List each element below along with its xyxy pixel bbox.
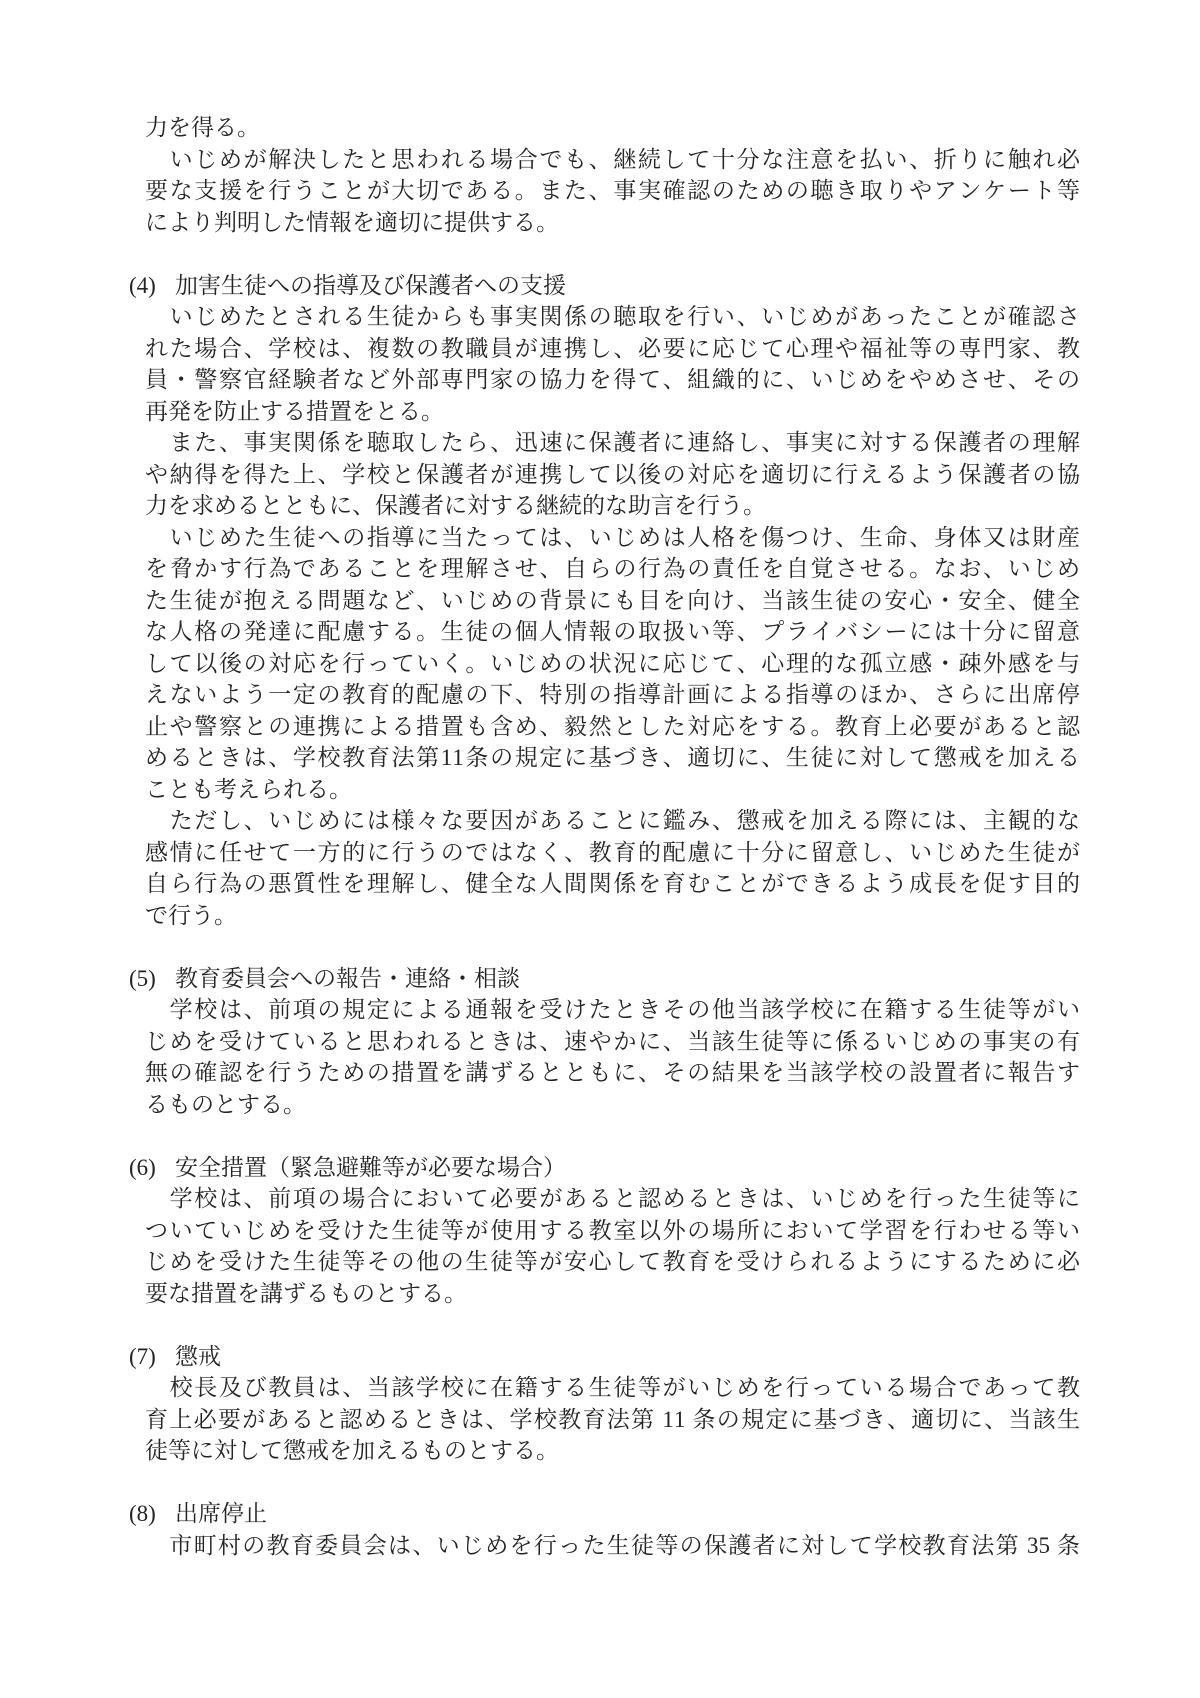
- text-line: 学校は、前項の場合において必要があると認めるときは、いじめを行った生徒等に: [127, 1183, 1080, 1215]
- paragraph: ただし、いじめには様々な要因があることに鑑み、懲戒を加える際には、主観的な感情に…: [127, 805, 1080, 931]
- paragraph: いじめが解決したと思われる場合でも、継続して十分な注意を払い、折りに触れ必要な支…: [127, 144, 1080, 239]
- paragraph: 力を得る。: [127, 112, 1080, 144]
- text-line: また、事実関係を聴取したら、迅速に保護者に連絡し、事実に対する保護者の理解: [127, 427, 1080, 459]
- text-line: れた場合、学校は、複数の教職員が連携し、必要に応じて心理や福祉等の専門家、教: [127, 333, 1080, 365]
- text-line: 要な措置を講ずるものとする。: [127, 1278, 1080, 1310]
- text-line: ただし、いじめには様々な要因があることに鑑み、懲戒を加える際には、主観的な: [127, 805, 1080, 837]
- section-heading: (8)出席停止: [127, 1498, 1080, 1530]
- text-line: じめを受けた生徒等その他の生徒等が安心して教育を受けられるようにするために必: [127, 1246, 1080, 1278]
- text-line: えないよう一定の教育的配慮の下、特別の指導計画による指導のほか、さらに出席停: [127, 679, 1080, 711]
- text-line: 力を求めるとともに、保護者に対する継続的な助言を行う。: [127, 490, 1080, 522]
- text-line: じめを受けていると思われるときは、速やかに、当該生徒等に係るいじめの事実の有: [127, 1026, 1080, 1058]
- section-heading: (4)加害生徒への指導及び保護者への支援: [127, 270, 1080, 302]
- paragraph: また、事実関係を聴取したら、迅速に保護者に連絡し、事実に対する保護者の理解や納得…: [127, 427, 1080, 522]
- text-line: ついていじめを受けた生徒等が使用する教室以外の場所において学習を行わせる等い: [127, 1215, 1080, 1247]
- text-line: して以後の対応を行っていく。いじめの状況に応じて、心理的な孤立感・疎外感を与: [127, 648, 1080, 680]
- paragraph: 学校は、前項の場合において必要があると認めるときは、いじめを行った生徒等について…: [127, 1183, 1080, 1309]
- text-line: 員・警察官経験者など外部専門家の協力を得て、組織的に、いじめをやめさせ、その: [127, 364, 1080, 396]
- section-number: (8): [127, 1498, 175, 1530]
- section-title: 教育委員会への報告・連絡・相談: [175, 966, 520, 991]
- section-number: (5): [127, 963, 175, 995]
- document-body: 力を得る。 いじめが解決したと思われる場合でも、継続して十分な注意を払い、折りに…: [127, 112, 1080, 1561]
- text-line: 再発を防止する措置をとる。: [127, 396, 1080, 428]
- text-line: や納得を得た上、学校と保護者が連携して以後の対応を適切に行えるよう保護者の協: [127, 459, 1080, 491]
- section-title: 安全措置（緊急避難等が必要な場合）: [175, 1155, 566, 1180]
- text-line: 感情に任せて一方的に行うのではなく、教育的配慮に十分に留意し、いじめた生徒が: [127, 837, 1080, 869]
- section-title: 出席停止: [175, 1501, 267, 1526]
- text-line: 徒等に対して懲戒を加えるものとする。: [127, 1435, 1080, 1467]
- paragraph: 学校は、前項の規定による通報を受けたときその他当該学校に在籍する生徒等がいじめを…: [127, 994, 1080, 1120]
- text-line: めるときは、学校教育法第11条の規定に基づき、適切に、生徒に対して懲戒を加える: [127, 742, 1080, 774]
- text-line: るものとする。: [127, 1089, 1080, 1121]
- text-line: 育上必要があると認めるときは、学校教育法第 11 条の規定に基づき、適切に、当該…: [127, 1404, 1080, 1436]
- text-line: 市町村の教育委員会は、いじめを行った生徒等の保護者に対して学校教育法第 35 条: [127, 1530, 1080, 1562]
- text-line: で行う。: [127, 900, 1080, 932]
- text-line: 無の確認を行うための措置を講ずるとともに、その結果を当該学校の設置者に報告す: [127, 1057, 1080, 1089]
- text-line: いじめたとされる生徒からも事実関係の聴取を行い、いじめがあったことが確認さ: [127, 301, 1080, 333]
- paragraph: いじめた生徒への指導に当たっては、いじめは人格を傷つけ、生命、身体又は財産を脅か…: [127, 522, 1080, 806]
- text-line: いじめた生徒への指導に当たっては、いじめは人格を傷つけ、生命、身体又は財産: [127, 522, 1080, 554]
- text-line: ことも考えられる。: [127, 774, 1080, 806]
- paragraph: 市町村の教育委員会は、いじめを行った生徒等の保護者に対して学校教育法第 35 条: [127, 1530, 1080, 1562]
- text-line: 力を得る。: [127, 112, 1080, 144]
- text-line: 止や警察との連携による措置も含め、毅然とした対応をする。教育上必要があると認: [127, 711, 1080, 743]
- section-number: (4): [127, 270, 175, 302]
- section-number: (6): [127, 1152, 175, 1184]
- text-line: いじめが解決したと思われる場合でも、継続して十分な注意を払い、折りに触れ必: [127, 144, 1080, 176]
- text-line: 校長及び教員は、当該学校に在籍する生徒等がいじめを行っている場合であって教: [127, 1372, 1080, 1404]
- section-heading: (5)教育委員会への報告・連絡・相談: [127, 963, 1080, 995]
- text-line: な人格の発達に配慮する。生徒の個人情報の取扱い等、プライバシーには十分に留意: [127, 616, 1080, 648]
- section-title: 加害生徒への指導及び保護者への支援: [175, 273, 566, 298]
- text-line: を脅かす行為であることを理解させ、自らの行為の責任を自覚させる。なお、いじめ: [127, 553, 1080, 585]
- paragraph: いじめたとされる生徒からも事実関係の聴取を行い、いじめがあったことが確認された場…: [127, 301, 1080, 427]
- text-line: 学校は、前項の規定による通報を受けたときその他当該学校に在籍する生徒等がい: [127, 994, 1080, 1026]
- paragraph: 校長及び教員は、当該学校に在籍する生徒等がいじめを行っている場合であって教育上必…: [127, 1372, 1080, 1467]
- text-line: た生徒が抱える問題など、いじめの背景にも目を向け、当該生徒の安心・安全、健全: [127, 585, 1080, 617]
- text-line: により判明した情報を適切に提供する。: [127, 207, 1080, 239]
- section-heading: (7)懲戒: [127, 1341, 1080, 1373]
- document-page: 力を得る。 いじめが解決したと思われる場合でも、継続して十分な注意を払い、折りに…: [0, 0, 1200, 1698]
- section-heading: (6)安全措置（緊急避難等が必要な場合）: [127, 1152, 1080, 1184]
- section-title: 懲戒: [175, 1344, 221, 1369]
- text-line: 要な支援を行うことが大切である。また、事実確認のための聴き取りやアンケート等: [127, 175, 1080, 207]
- section-number: (7): [127, 1341, 175, 1373]
- text-line: 自ら行為の悪質性を理解し、健全な人間関係を育むことができるよう成長を促す目的: [127, 868, 1080, 900]
